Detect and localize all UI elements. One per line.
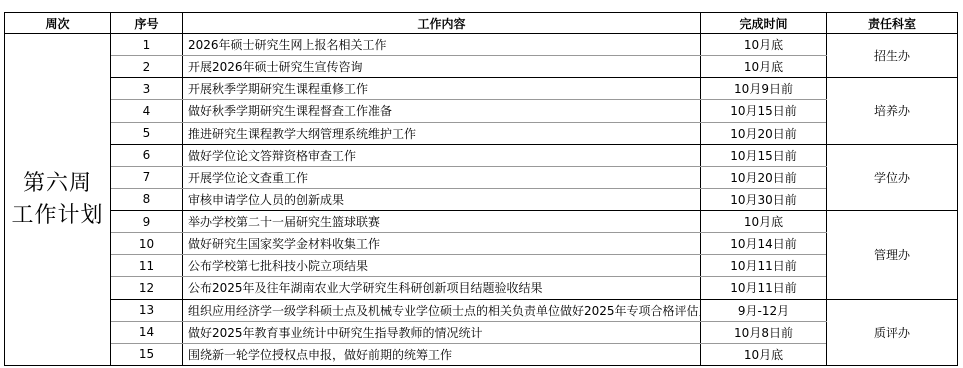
- row-deadline-cell[interactable]: 10月30日前: [701, 188, 827, 210]
- row-deadline-cell[interactable]: 10月8日前: [701, 321, 827, 343]
- row-deadline-cell[interactable]: 10月15日前: [701, 100, 827, 122]
- row-content-cell[interactable]: 组织应用经济学一级学科硕士点及机械专业学位硕士点的相关负责单位做好2025年专项…: [183, 299, 701, 321]
- row-deadline-cell[interactable]: 10月14日前: [701, 233, 827, 255]
- row-content-cell[interactable]: 做好学位论文答辩资格审查工作: [183, 144, 701, 166]
- table-body: 第六周工作计划12026年硕士研究生网上报名相关工作10月底招生办2开展2026…: [5, 34, 958, 366]
- table-row: 4做好秋季学期研究生课程督查工作准备10月15日前: [5, 100, 958, 122]
- header-week[interactable]: 周次: [5, 13, 111, 34]
- row-deadline-cell[interactable]: 10月底: [701, 211, 827, 233]
- week-cell[interactable]: 第六周工作计划: [5, 34, 111, 366]
- department-cell[interactable]: 学位办: [827, 144, 958, 210]
- row-no-cell[interactable]: 10: [111, 233, 183, 255]
- row-no-cell[interactable]: 12: [111, 277, 183, 299]
- row-deadline-cell[interactable]: 10月底: [701, 343, 827, 365]
- row-no-cell[interactable]: 8: [111, 188, 183, 210]
- row-content-cell[interactable]: 做好研究生国家奖学金材料收集工作: [183, 233, 701, 255]
- row-deadline-cell[interactable]: 10月11日前: [701, 255, 827, 277]
- row-no-cell[interactable]: 13: [111, 299, 183, 321]
- table-row: 11公布学校第七批科技小院立项结果10月11日前: [5, 255, 958, 277]
- row-content-cell[interactable]: 2026年硕士研究生网上报名相关工作: [183, 34, 701, 56]
- row-no-cell[interactable]: 9: [111, 211, 183, 233]
- row-no-cell[interactable]: 6: [111, 144, 183, 166]
- row-content-cell[interactable]: 做好2025年教育事业统计中研究生指导教师的情况统计: [183, 321, 701, 343]
- row-content-cell[interactable]: 做好秋季学期研究生课程督查工作准备: [183, 100, 701, 122]
- row-content-cell[interactable]: 开展秋季学期研究生课程重修工作: [183, 78, 701, 100]
- row-content-cell[interactable]: 开展学位论文查重工作: [183, 166, 701, 188]
- table-row: 15围绕新一轮学位授权点申报，做好前期的统筹工作10月底: [5, 343, 958, 365]
- row-no-cell[interactable]: 2: [111, 56, 183, 78]
- table-row: 第六周工作计划12026年硕士研究生网上报名相关工作10月底招生办: [5, 34, 958, 56]
- table-row: 9举办学校第二十一届研究生篮球联赛10月底管理办: [5, 211, 958, 233]
- row-content-cell[interactable]: 公布学校第七批科技小院立项结果: [183, 255, 701, 277]
- week-cell-line1: 第六周: [5, 168, 110, 200]
- row-deadline-cell[interactable]: 10月底: [701, 34, 827, 56]
- row-deadline-cell[interactable]: 10月11日前: [701, 277, 827, 299]
- table-header-row: 周次 序号 工作内容 完成时间 责任科室: [5, 13, 958, 34]
- table-row: 12公布2025年及往年湖南农业大学研究生科研创新项目结题验收结果10月11日前: [5, 277, 958, 299]
- row-deadline-cell[interactable]: 10月20日前: [701, 122, 827, 144]
- table-row: 8审核申请学位人员的创新成果10月30日前: [5, 188, 958, 210]
- row-content-cell[interactable]: 围绕新一轮学位授权点申报，做好前期的统筹工作: [183, 343, 701, 365]
- row-no-cell[interactable]: 4: [111, 100, 183, 122]
- table-row: 3开展秋季学期研究生课程重修工作10月9日前培养办: [5, 78, 958, 100]
- header-content[interactable]: 工作内容: [183, 13, 701, 34]
- header-no[interactable]: 序号: [111, 13, 183, 34]
- row-no-cell[interactable]: 5: [111, 122, 183, 144]
- table-row: 13组织应用经济学一级学科硕士点及机械专业学位硕士点的相关负责单位做好2025年…: [5, 299, 958, 321]
- table-row: 7开展学位论文查重工作10月20日前: [5, 166, 958, 188]
- department-cell[interactable]: 招生办: [827, 34, 958, 78]
- table-row: 5推进研究生课程教学大纲管理系统维护工作10月20日前: [5, 122, 958, 144]
- table-row: 10做好研究生国家奖学金材料收集工作10月14日前: [5, 233, 958, 255]
- row-deadline-cell[interactable]: 10月15日前: [701, 144, 827, 166]
- row-deadline-cell[interactable]: 10月9日前: [701, 78, 827, 100]
- table-row: 14做好2025年教育事业统计中研究生指导教师的情况统计10月8日前: [5, 321, 958, 343]
- work-plan-table: 周次 序号 工作内容 完成时间 责任科室 第六周工作计划12026年硕士研究生网…: [4, 12, 958, 366]
- table-row: 2开展2026年硕士研究生宣传咨询10月底: [5, 56, 958, 78]
- row-no-cell[interactable]: 14: [111, 321, 183, 343]
- row-no-cell[interactable]: 11: [111, 255, 183, 277]
- row-no-cell[interactable]: 15: [111, 343, 183, 365]
- department-cell[interactable]: 管理办: [827, 211, 958, 300]
- row-content-cell[interactable]: 开展2026年硕士研究生宣传咨询: [183, 56, 701, 78]
- header-department[interactable]: 责任科室: [827, 13, 958, 34]
- header-deadline[interactable]: 完成时间: [701, 13, 827, 34]
- work-plan-sheet: 周次 序号 工作内容 完成时间 责任科室 第六周工作计划12026年硕士研究生网…: [4, 12, 958, 366]
- row-no-cell[interactable]: 7: [111, 166, 183, 188]
- row-content-cell[interactable]: 举办学校第二十一届研究生篮球联赛: [183, 211, 701, 233]
- row-content-cell[interactable]: 推进研究生课程教学大纲管理系统维护工作: [183, 122, 701, 144]
- row-deadline-cell[interactable]: 9月-12月: [701, 299, 827, 321]
- week-cell-line2: 工作计划: [5, 200, 110, 232]
- row-content-cell[interactable]: 审核申请学位人员的创新成果: [183, 188, 701, 210]
- row-deadline-cell[interactable]: 10月底: [701, 56, 827, 78]
- department-cell[interactable]: 质评办: [827, 299, 958, 366]
- row-no-cell[interactable]: 3: [111, 78, 183, 100]
- row-no-cell[interactable]: 1: [111, 34, 183, 56]
- row-content-cell[interactable]: 公布2025年及往年湖南农业大学研究生科研创新项目结题验收结果: [183, 277, 701, 299]
- table-row: 6做好学位论文答辩资格审查工作10月15日前学位办: [5, 144, 958, 166]
- department-cell[interactable]: 培养办: [827, 78, 958, 144]
- row-deadline-cell[interactable]: 10月20日前: [701, 166, 827, 188]
